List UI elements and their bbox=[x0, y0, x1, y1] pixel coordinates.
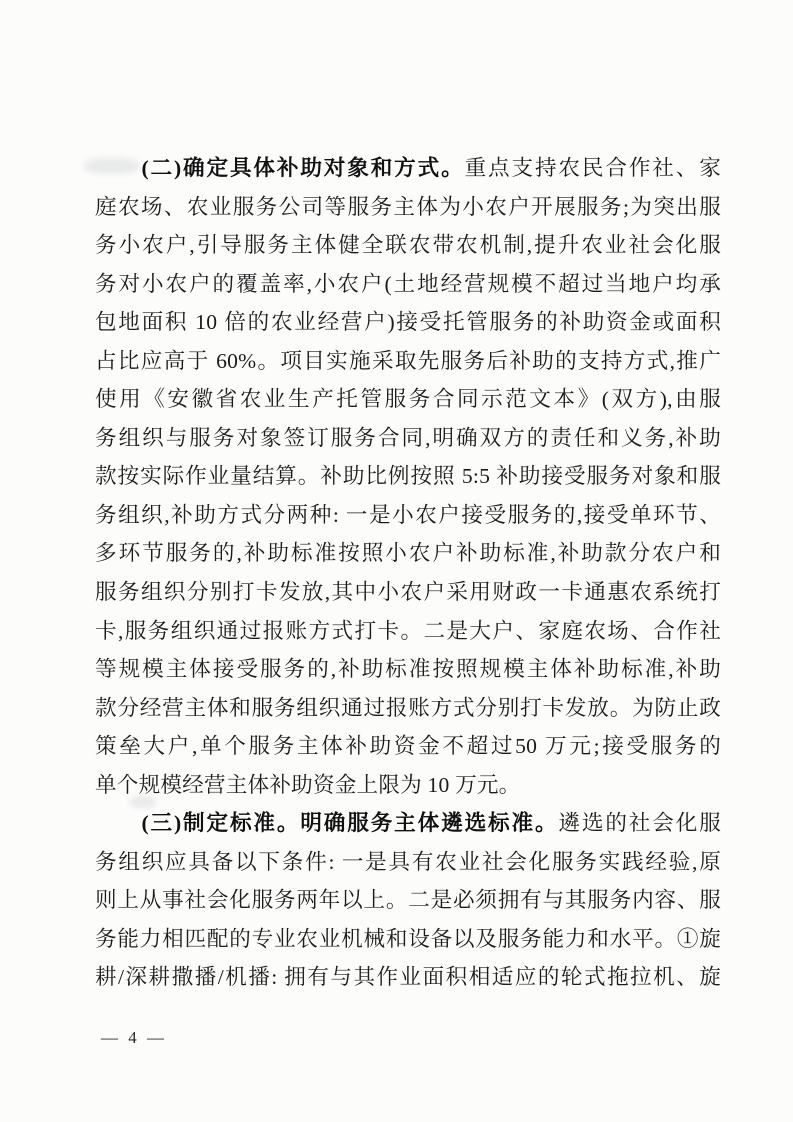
text-line: 卡,服务组织通过报账方式打卡。二是大户、家庭农场、合作社 bbox=[95, 612, 721, 651]
text-segment: 占比应高于 60%。项目实施采取先服务后补助的支持方式,推广 bbox=[95, 349, 721, 373]
text-line: 务能力相匹配的专业农业机械和设备以及服务能力和水平。①旋 bbox=[95, 920, 721, 959]
text-line: 务小农户,引导服务主体健全联农带农机制,提升农业社会化服 bbox=[95, 226, 721, 265]
heading-segment: (三)制定标准。明确服务主体遴选标准。 bbox=[141, 811, 558, 835]
text-segment: 使用《安徽省农业生产托管服务合同示范文本》(双方),由服 bbox=[95, 387, 721, 411]
text-segment: 重点支持农民合作社、家 bbox=[465, 156, 721, 180]
text-line: 务组织,补助方式分两种: 一是小农户接受服务的,接受单环节、 bbox=[95, 496, 721, 535]
text-segment: 务能力相匹配的专业农业机械和设备以及服务能力和水平。①旋 bbox=[95, 927, 721, 951]
text-line: 务组织与服务对象签订服务合同,明确双方的责任和义务,补助 bbox=[95, 419, 721, 458]
text-line: 使用《安徽省农业生产托管服务合同示范文本》(双方),由服 bbox=[95, 380, 721, 419]
text-line: 策垒大户,单个服务主体补助资金不超过50 万元;接受服务的 bbox=[95, 727, 721, 766]
text-segment: 遴选的社会化服 bbox=[558, 811, 721, 835]
text-line: (二)确定具体补助对象和方式。重点支持农民合作社、家 bbox=[95, 149, 721, 188]
text-segment: 款按实际作业量结算。补助比例按照 5:5 补助接受服务对象和服 bbox=[95, 464, 721, 488]
text-segment: 卡,服务组织通过报账方式打卡。二是大户、家庭农场、合作社 bbox=[95, 619, 721, 643]
text-line: 庭农场、农业服务公司等服务主体为小农户开展服务;为突出服 bbox=[95, 188, 721, 227]
text-line: 服务组织分别打卡发放,其中小农户采用财政一卡通惠农系统打 bbox=[95, 573, 721, 612]
text-line: 务对小农户的覆盖率,小农户(土地经营规模不超过当地户均承 bbox=[95, 265, 721, 304]
text-segment: 务组织应具备以下条件: 一是具有农业社会化服务实践经验,原 bbox=[95, 850, 721, 874]
text-line: 则上从事社会化服务两年以上。二是必须拥有与其服务内容、服 bbox=[95, 881, 721, 920]
page-number: — 4 — bbox=[101, 1028, 167, 1048]
text-segment: 庭农场、农业服务公司等服务主体为小农户开展服务;为突出服 bbox=[95, 195, 721, 219]
text-line: 多环节服务的,补助标准按照小农户补助标准,补助款分农户和 bbox=[95, 534, 721, 573]
text-segment: 务组织,补助方式分两种: 一是小农户接受服务的,接受单环节、 bbox=[95, 503, 721, 527]
text-line: 包地面积 10 倍的农业经营户)接受托管服务的补助资金或面积 bbox=[95, 303, 721, 342]
text-line: 款分经营主体和服务组织通过报账方式分别打卡发放。为防止政 bbox=[95, 689, 721, 728]
text-segment: 服务组织分别打卡发放,其中小农户采用财政一卡通惠农系统打 bbox=[95, 580, 721, 604]
text-line: 单个规模经营主体补助资金上限为 10 万元。 bbox=[95, 766, 721, 805]
text-line: 务组织应具备以下条件: 一是具有农业社会化服务实践经验,原 bbox=[95, 843, 721, 882]
text-segment: 款分经营主体和服务组织通过报账方式分别打卡发放。为防止政 bbox=[95, 696, 721, 720]
text-segment: 务对小农户的覆盖率,小农户(土地经营规模不超过当地户均承 bbox=[95, 272, 721, 296]
text-line: (三)制定标准。明确服务主体遴选标准。遴选的社会化服 bbox=[95, 804, 721, 843]
text-line: 占比应高于 60%。项目实施采取先服务后补助的支持方式,推广 bbox=[95, 342, 721, 381]
text-segment: 策垒大户,单个服务主体补助资金不超过50 万元;接受服务的 bbox=[95, 734, 721, 758]
text-segment: 多环节服务的,补助标准按照小农户补助标准,补助款分农户和 bbox=[95, 541, 721, 565]
document-body: (二)确定具体补助对象和方式。重点支持农民合作社、家庭农场、农业服务公司等服务主… bbox=[95, 149, 721, 997]
text-segment: 务小农户,引导服务主体健全联农带农机制,提升农业社会化服 bbox=[95, 233, 721, 257]
text-segment: 等规模主体接受服务的,补助标准按照规模主体补助标准,补助 bbox=[95, 657, 721, 681]
text-line: 等规模主体接受服务的,补助标准按照规模主体补助标准,补助 bbox=[95, 650, 721, 689]
text-segment: 耕/深耕撒播/机播: 拥有与其作业面积相适应的轮式拖拉机、旋 bbox=[95, 965, 721, 989]
text-segment: 单个规模经营主体补助资金上限为 10 万元。 bbox=[95, 773, 520, 797]
text-line: 耕/深耕撒播/机播: 拥有与其作业面积相适应的轮式拖拉机、旋 bbox=[95, 958, 721, 997]
text-segment: 务组织与服务对象签订服务合同,明确双方的责任和义务,补助 bbox=[95, 426, 721, 450]
text-segment: 则上从事社会化服务两年以上。二是必须拥有与其服务内容、服 bbox=[95, 888, 721, 912]
text-line: 款按实际作业量结算。补助比例按照 5:5 补助接受服务对象和服 bbox=[95, 457, 721, 496]
document-page: (二)确定具体补助对象和方式。重点支持农民合作社、家庭农场、农业服务公司等服务主… bbox=[0, 0, 793, 1122]
text-segment: 包地面积 10 倍的农业经营户)接受托管服务的补助资金或面积 bbox=[95, 310, 721, 334]
heading-segment: (二)确定具体补助对象和方式。 bbox=[141, 156, 464, 180]
